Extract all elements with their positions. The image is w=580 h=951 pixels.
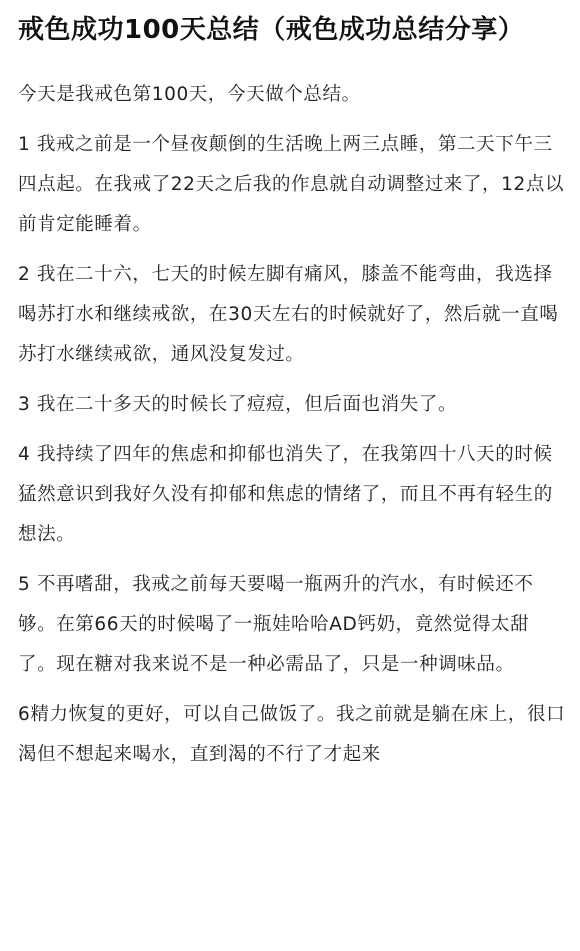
paragraph-5-sugar: 5 不再嗜甜，我戒之前每天要喝一瓶两升的汽水，有时候还不够。在第66天的时候喝了… (18, 565, 566, 685)
paragraph-intro: 今天是我戒色第100天，今天做个总结。 (18, 75, 566, 115)
article-title: 戒色成功100天总结（戒色成功总结分享） (18, 8, 566, 53)
paragraph-1-sleep: 1 我戒之前是一个昼夜颠倒的生活晚上两三点睡，第二天下午三四点起。在我戒了22天… (18, 125, 566, 245)
paragraph-6-energy: 6精力恢复的更好，可以自己做饭了。我之前就是躺在床上，很口渴但不想起来喝水，直到… (18, 695, 566, 775)
paragraph-4-anxiety: 4 我持续了四年的焦虑和抑郁也消失了，在我第四十八天的时候猛然意识到我好久没有抑… (18, 435, 566, 555)
paragraph-3-acne: 3 我在二十多天的时候长了痘痘，但后面也消失了。 (18, 385, 566, 425)
paragraph-2-gout: 2 我在二十六，七天的时候左脚有痛风，膝盖不能弯曲，我选择喝苏打水和继续戒欲，在… (18, 255, 566, 375)
article: 戒色成功100天总结（戒色成功总结分享） 今天是我戒色第100天，今天做个总结。… (18, 8, 566, 775)
